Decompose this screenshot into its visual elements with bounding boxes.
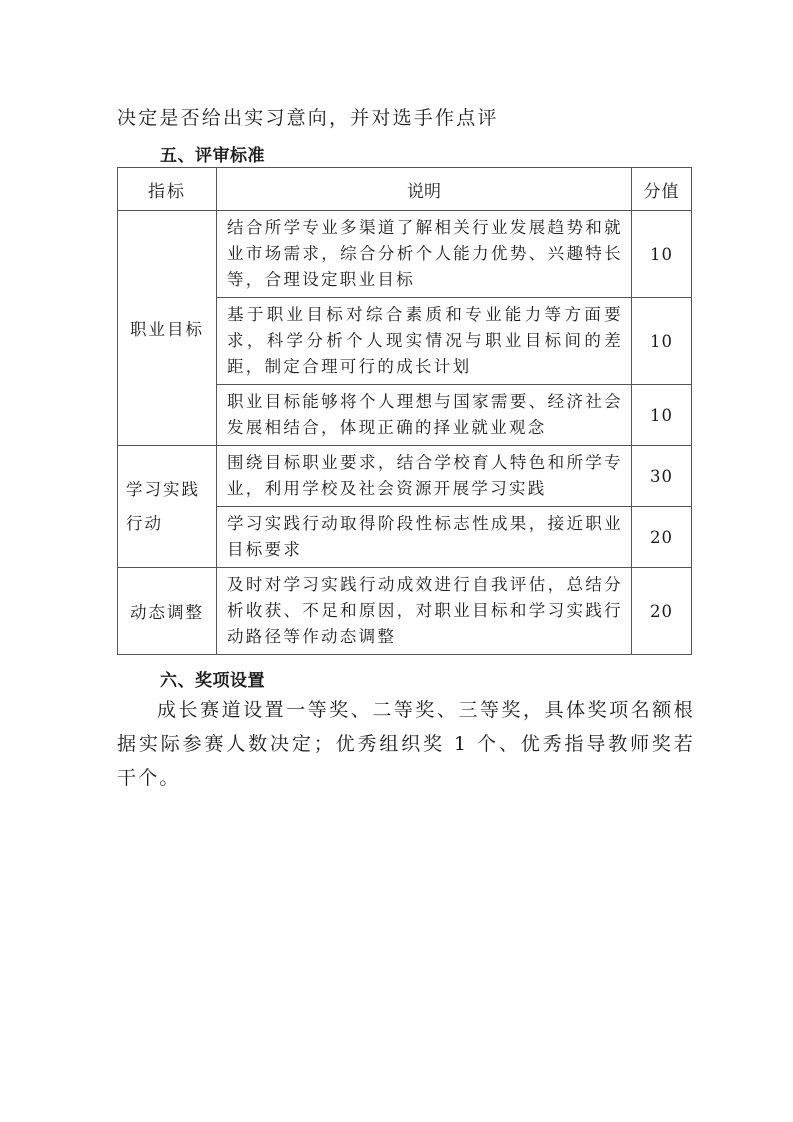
header-score: 分值 — [632, 168, 692, 211]
score-cell: 10 — [632, 211, 692, 298]
description-cell: 及时对学习实践行动成效进行自我评估，总结分析收获、不足和原因，对职业目标和学习实… — [217, 568, 632, 655]
description-cell: 结合所学专业多渠道了解相关行业发展趋势和就业市场需求，综合分析个人能力优势、兴趣… — [217, 211, 632, 298]
table-header-row: 指标 说明 分值 — [118, 168, 692, 211]
indicator-learning-practice: 学习实践行动 — [118, 446, 217, 568]
description-cell: 基于职业目标对综合素质和专业能力等方面要求，科学分析个人现实情况与职业目标间的差… — [217, 298, 632, 385]
section-6-heading: 六、奖项设置 — [160, 666, 265, 691]
table-row: 动态调整 及时对学习实践行动成效进行自我评估，总结分析收获、不足和原因，对职业目… — [118, 568, 692, 655]
score-cell: 10 — [632, 385, 692, 446]
awards-paragraph: 成长赛道设置一等奖、二等奖、三等奖，具体奖项名额根据实际参赛人数决定；优秀组织奖… — [117, 693, 695, 795]
section-5-heading: 五、评审标准 — [160, 141, 265, 166]
indicator-career-goal: 职业目标 — [118, 211, 217, 446]
header-description: 说明 — [217, 168, 632, 211]
criteria-table: 指标 说明 分值 职业目标 结合所学专业多渠道了解相关行业发展趋势和就业市场需求… — [117, 167, 692, 655]
score-cell: 20 — [632, 568, 692, 655]
score-cell: 20 — [632, 507, 692, 568]
intro-line: 决定是否给出实习意向，并对选手作点评 — [117, 103, 499, 130]
table-row: 职业目标 结合所学专业多渠道了解相关行业发展趋势和就业市场需求，综合分析个人能力… — [118, 211, 692, 298]
table-row: 学习实践行动 围绕目标职业要求，结合学校育人特色和所学专业，利用学校及社会资源开… — [118, 446, 692, 507]
description-cell: 职业目标能够将个人理想与国家需要、经济社会发展相结合，体现正确的择业就业观念 — [217, 385, 632, 446]
description-cell: 围绕目标职业要求，结合学校育人特色和所学专业，利用学校及社会资源开展学习实践 — [217, 446, 632, 507]
header-indicator: 指标 — [118, 168, 217, 211]
score-cell: 30 — [632, 446, 692, 507]
indicator-dynamic-adjustment: 动态调整 — [118, 568, 217, 655]
description-cell: 学习实践行动取得阶段性标志性成果，接近职业目标要求 — [217, 507, 632, 568]
score-cell: 10 — [632, 298, 692, 385]
